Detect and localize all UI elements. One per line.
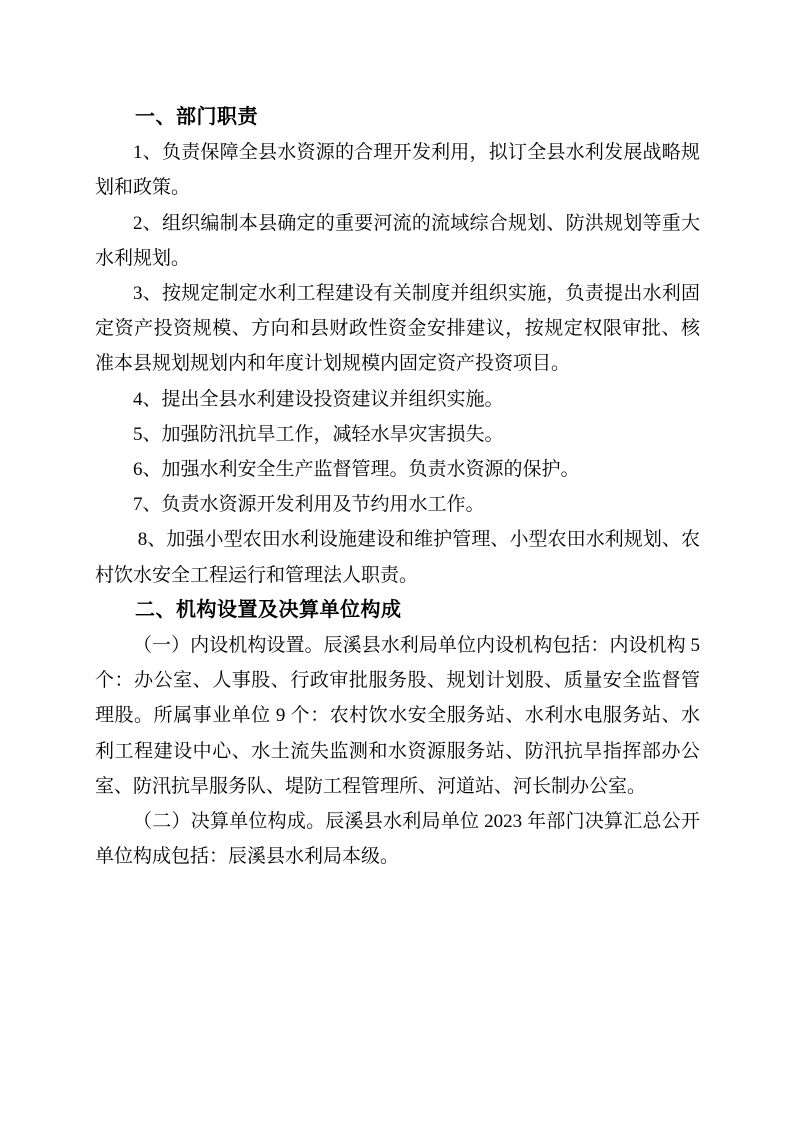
duty-item-4: 4、提出全县水利建设投资建议并组织实施。 [95, 382, 700, 417]
section-heading-organization-setup: 二、机构设置及决算单位构成 [95, 593, 700, 628]
section-heading-department-duties: 一、部门职责 [95, 100, 700, 135]
duty-item-8: 8、加强小型农田水利设施建设和维护管理、小型农田水利规划、农村饮水安全工程运行和… [95, 522, 700, 592]
duty-item-6: 6、加强水利安全生产监督管理。负责水资源的保护。 [95, 452, 700, 487]
duty-item-1: 1、负责保障全县水资源的合理开发利用，拟订全县水利发展战略规划和政策。 [95, 135, 700, 205]
duty-item-5: 5、加强防汛抗旱工作，减轻水旱灾害损失。 [95, 417, 700, 452]
duty-item-2: 2、组织编制本县确定的重要河流的流域综合规划、防洪规划等重大水利规划。 [95, 206, 700, 276]
duty-item-3: 3、按规定制定水利工程建设有关制度并组织实施，负责提出水利固定资产投资规模、方向… [95, 276, 700, 382]
org-item-final-account-units: （二）决算单位构成。辰溪县水利局单位 2023 年部门决算汇总公开单位构成包括：… [95, 804, 700, 874]
duty-item-7: 7、负责水资源开发利用及节约用水工作。 [95, 487, 700, 522]
document-page: 一、部门职责 1、负责保障全县水资源的合理开发利用，拟订全县水利发展战略规划和政… [0, 0, 793, 1122]
org-item-internal-structure: （一）内设机构设置。辰溪县水利局单位内设机构包括：内设机构 5 个：办公室、人事… [95, 628, 700, 804]
